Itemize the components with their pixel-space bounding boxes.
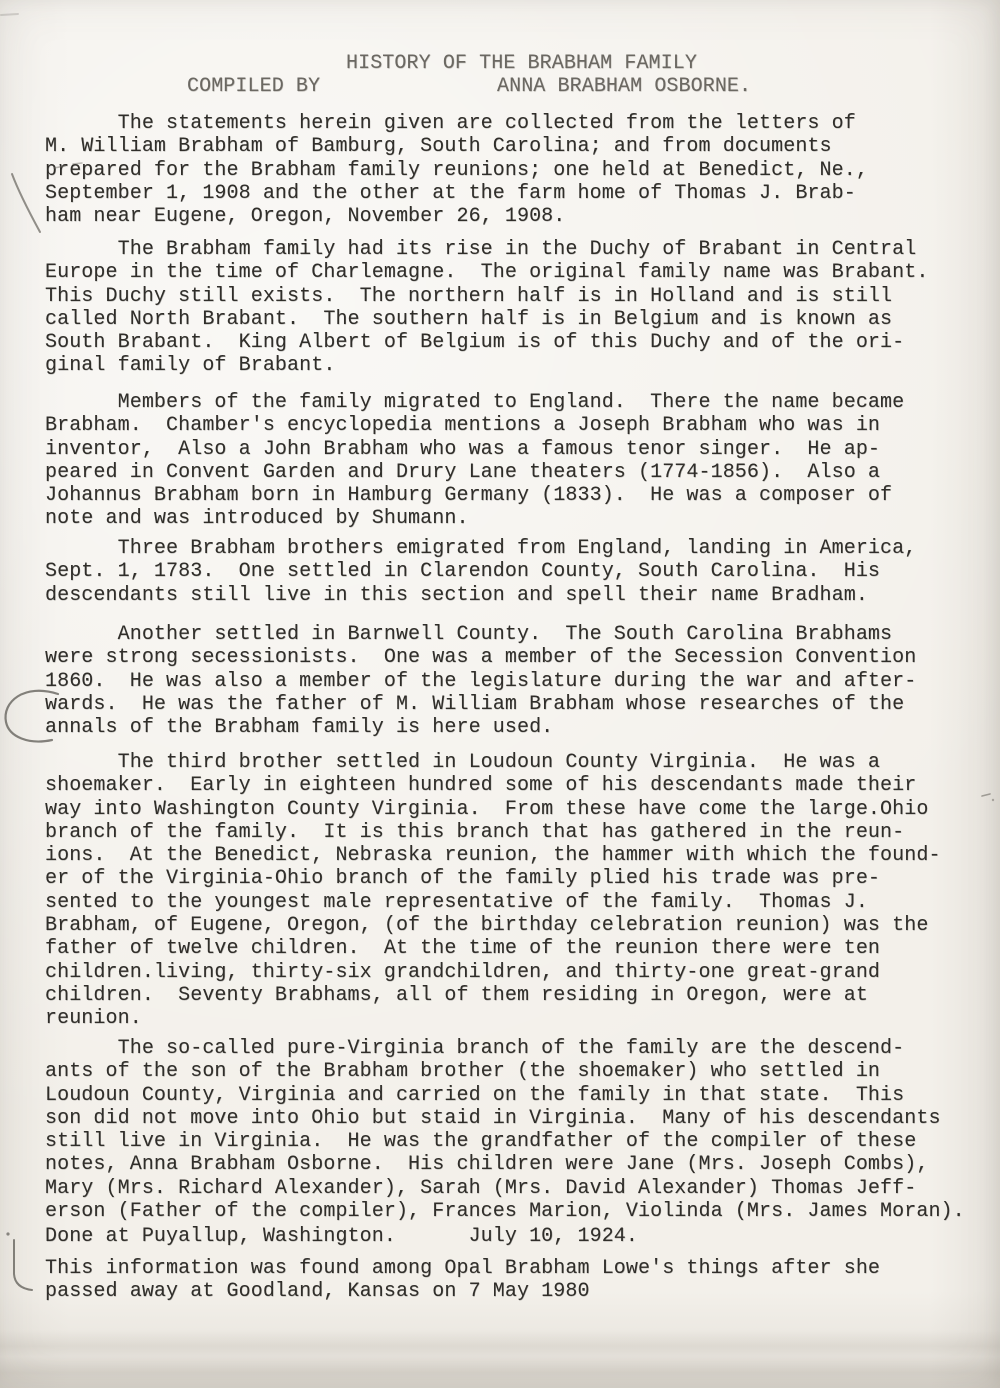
small-edge-mark [978, 786, 998, 808]
paragraph-2: The Brabham family had its rise in the D… [45, 238, 928, 378]
scanned-document-page: HISTORY OF THE BRABHAM FAMILY COMPILED B… [0, 0, 1000, 1388]
paragraph-7: The so-called pure-Virginia branch of th… [45, 1037, 965, 1223]
scan-smudge-band [0, 1330, 1000, 1388]
page-title: HISTORY OF THE BRABHAM FAMILY [346, 52, 697, 75]
compiled-by-label: COMPILED BY [187, 75, 320, 98]
scan-edge-speck [0, 10, 24, 20]
paragraph-1: The statements herein given are collecte… [45, 112, 868, 228]
document-header: HISTORY OF THE BRABHAM FAMILY COMPILED B… [45, 52, 93, 102]
compiler-name: ANNA BRABHAM OSBORNE. [497, 75, 751, 98]
paragraph-6: The third brother settled in Loudoun Cou… [45, 751, 941, 1031]
handwritten-bracket-mark [2, 1230, 44, 1296]
closing-line: Done at Puyallup, Washington. July 10, 1… [45, 1225, 638, 1248]
paragraph-3: Members of the family migrated to Englan… [45, 391, 904, 531]
paragraph-5: Another settled in Barnwell County. The … [45, 623, 916, 739]
paragraph-4: Three Brabham brothers emigrated from En… [45, 537, 916, 607]
addendum-note: This information was found among Opal Br… [45, 1257, 880, 1304]
